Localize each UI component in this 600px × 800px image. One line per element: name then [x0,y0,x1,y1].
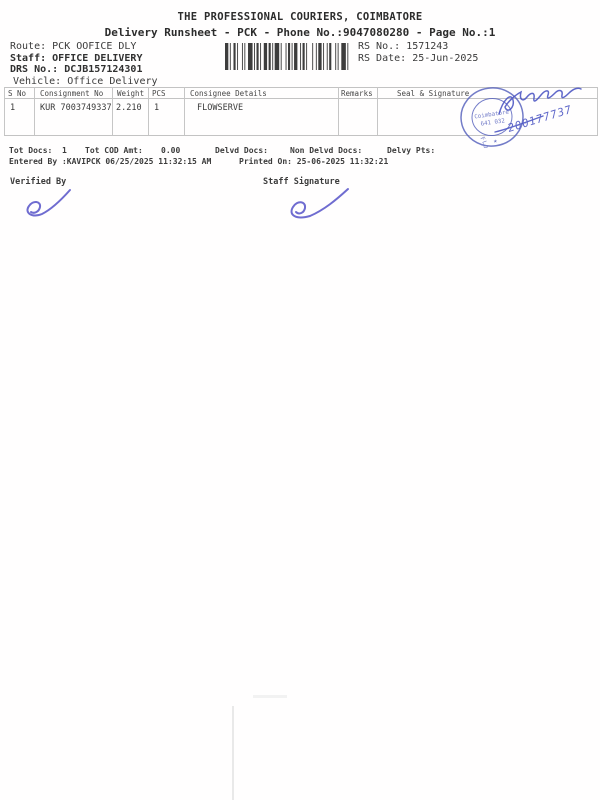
row-cell-consignment: KUR 7003749337 [40,103,112,113]
tot-cod-value: 0.00 [161,146,180,155]
rs-date-label: RS Date: [358,53,406,64]
vehicle-value: Office Delivery [67,76,157,87]
printed-on-line: Printed On: 25-06-2025 11:32:21 [239,157,388,166]
route-label: Route: [10,41,46,52]
vehicle-label: Vehicle: [13,76,61,87]
barcode-icon [225,43,351,70]
table-border-v4 [148,87,149,135]
col-header-pcs: PCS [152,89,166,98]
drs-label: DRS No.: [10,64,58,75]
tot-docs-value: 1 [62,146,67,155]
entered-by-line: Entered By :KAVIPCK 06/25/2025 11:32:15 … [9,157,211,166]
table-border-v2 [34,87,35,135]
verified-by-signature-icon [20,186,76,222]
col-header-weight: Weight [117,89,144,98]
handwritten-number: 200177737 [506,103,574,135]
tot-docs-label: Tot Docs: [9,146,52,155]
non-delvd-docs-label: Non Delvd Docs: [290,146,362,155]
row-cell-weight: 2.210 [116,103,142,113]
rs-no-label: RS No.: [358,41,400,52]
row-cell-consignee: FLOWSERVE [197,103,243,113]
rs-no-value: 1571243 [406,41,448,52]
table-border-v3 [112,87,113,135]
rs-date-value: 25-Jun-2025 [412,53,478,64]
col-header-consignment: Consignment No [40,89,103,98]
rs-no-line: RS No.: 1571243 [358,41,448,52]
scan-artifact-smudge [253,695,287,698]
staff-signature-icon [280,184,354,224]
vehicle-line: Vehicle: Office Delivery [13,76,158,87]
scanned-delivery-runsheet: THE PROFESSIONAL COURIERS, COIMBATORE De… [0,0,600,800]
table-border-v1 [4,87,5,135]
row-cell-pcs: 1 [154,103,159,113]
col-header-sno: S No [8,89,26,98]
staff-label: Staff: [10,53,46,64]
row-cell-sno: 1 [10,103,15,113]
runsheet-subtitle: Delivery Runsheet - PCK - Phone No.:9047… [0,26,600,39]
staff-value: OFFICE DELIVERY [52,53,142,64]
staff-line: Staff: OFFICE DELIVERY [10,53,142,64]
route-value: PCK OOFICE DLY [52,41,136,52]
scan-artifact-line [232,706,234,800]
col-header-remarks: Remarks [341,89,373,98]
delvd-docs-label: Delvd Docs: [215,146,268,155]
drs-line: DRS No.: DCJB157124301 [10,64,142,75]
route-line: Route: PCK OOFICE DLY [10,41,136,52]
table-border-v7 [377,87,378,135]
tot-cod-label: Tot COD Amt: [85,146,143,155]
table-border-v6 [338,87,339,135]
delvy-pts-label: Delvy Pts: [387,146,435,155]
table-border-v5 [184,87,185,135]
handwritten-signature: 200177737 [493,80,600,140]
col-header-consignee: Consignee Details [190,89,267,98]
company-title: THE PROFESSIONAL COURIERS, COIMBATORE [0,11,600,23]
rs-date-line: RS Date: 25-Jun-2025 [358,53,478,64]
drs-value: DCJB157124301 [64,64,142,75]
